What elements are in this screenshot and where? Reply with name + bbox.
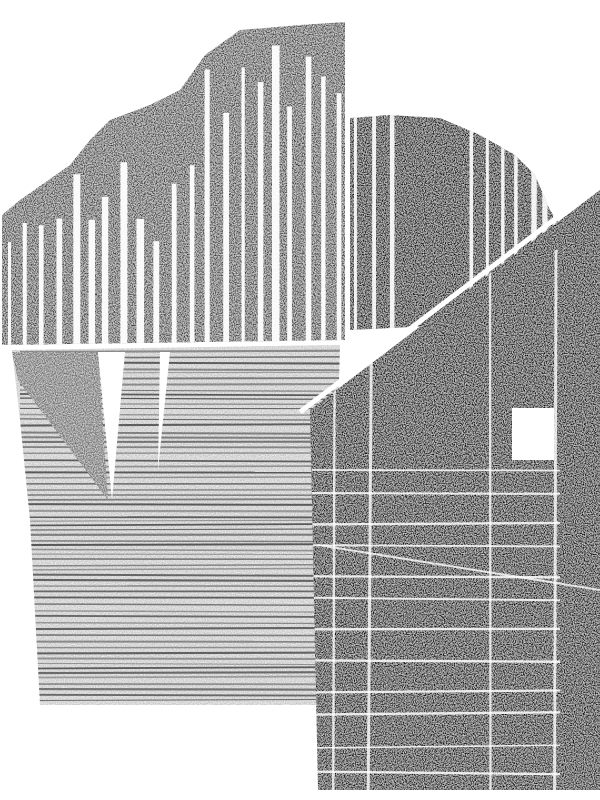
abstract-print-collage: [0, 0, 600, 800]
top-left-striped-panel: [0, 0, 350, 360]
small-white-square: [512, 408, 554, 460]
